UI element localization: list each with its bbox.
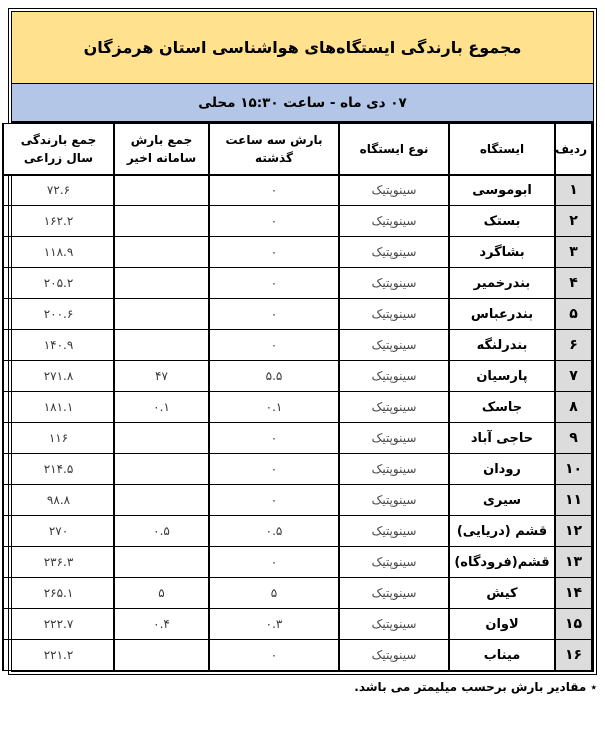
station-type-cell: سینوپتیک	[339, 547, 449, 578]
rain-3h-cell: ۰.۵	[209, 516, 339, 547]
rainfall-table: ردیف ایستگاه نوع ایستگاه بارش سه ساعت گذ…	[2, 123, 593, 671]
crop-year-total-cell: ۱۱۶	[3, 423, 114, 454]
row-number-cell: ۱۳	[555, 547, 592, 578]
table-row: ۱۰ رودان سینوپتیک ۰ ۲۱۴.۵	[3, 454, 592, 485]
crop-year-total-cell: ۲۰۰.۶	[3, 299, 114, 330]
station-name-cell: بندرخمیر	[449, 268, 555, 299]
units-footnote: ٭ مقادیر بارش برحسب میلیمتر می باشد.	[8, 680, 597, 694]
station-name-cell: ابوموسی	[449, 175, 555, 206]
crop-year-total-cell: ۱۴۰.۹	[3, 330, 114, 361]
row-number-cell: ۳	[555, 237, 592, 268]
rain-3h-cell: ۰	[209, 206, 339, 237]
column-header-station-type: نوع ایستگاه	[339, 124, 449, 175]
table-row: ۵ بندرعباس سینوپتیک ۰ ۲۰۰.۶	[3, 299, 592, 330]
row-number-cell: ۱۴	[555, 578, 592, 609]
station-type-cell: سینوپتیک	[339, 454, 449, 485]
crop-year-total-cell: ۲۰۵.۲	[3, 268, 114, 299]
table-row: ۲ بستک سینوپتیک ۰ ۱۶۲.۲	[3, 206, 592, 237]
column-header-row-number: ردیف	[555, 124, 592, 175]
row-number-cell: ۴	[555, 268, 592, 299]
station-type-cell: سینوپتیک	[339, 330, 449, 361]
crop-year-total-cell: ۱۸۱.۱	[3, 392, 114, 423]
rain-3h-cell: ۰	[209, 299, 339, 330]
table-header: ردیف ایستگاه نوع ایستگاه بارش سه ساعت گذ…	[3, 124, 592, 175]
crop-year-total-cell: ۹۸.۸	[3, 485, 114, 516]
rain-3h-cell: ۰	[209, 454, 339, 485]
table-row: ۷ پارسیان سینوپتیک ۵.۵ ۴۷ ۲۷۱.۸	[3, 361, 592, 392]
rain-3h-cell: ۰	[209, 547, 339, 578]
recent-system-total-cell	[114, 268, 209, 299]
row-number-cell: ۵	[555, 299, 592, 330]
row-number-cell: ۷	[555, 361, 592, 392]
crop-year-total-cell: ۷۲.۶	[3, 175, 114, 206]
station-type-cell: سینوپتیک	[339, 392, 449, 423]
row-number-cell: ۶	[555, 330, 592, 361]
station-name-cell: قشم (دریایی)	[449, 516, 555, 547]
recent-system-total-cell: ۵	[114, 578, 209, 609]
table-row: ۱ ابوموسی سینوپتیک ۰ ۷۲.۶	[3, 175, 592, 206]
rain-3h-cell: ۵.۵	[209, 361, 339, 392]
station-name-cell: لاوان	[449, 609, 555, 640]
table-row: ۴ بندرخمیر سینوپتیک ۰ ۲۰۵.۲	[3, 268, 592, 299]
station-name-cell: کیش	[449, 578, 555, 609]
crop-year-total-cell: ۱۱۸.۹	[3, 237, 114, 268]
table-row: ۳ بشاگرد سینوپتیک ۰ ۱۱۸.۹	[3, 237, 592, 268]
station-name-cell: پارسیان	[449, 361, 555, 392]
station-type-cell: سینوپتیک	[339, 640, 449, 671]
table-row: ۸ جاسک سینوپتیک ۰.۱ ۰.۱ ۱۸۱.۱	[3, 392, 592, 423]
recent-system-total-cell	[114, 330, 209, 361]
rain-3h-cell: ۰	[209, 268, 339, 299]
table-row: ۶ بندرلنگه سینوپتیک ۰ ۱۴۰.۹	[3, 330, 592, 361]
station-name-cell: بشاگرد	[449, 237, 555, 268]
column-header-rain-3h: بارش سه ساعت گذشته	[209, 124, 339, 175]
table-row: ۹ حاجی آباد سینوپتیک ۰ ۱۱۶	[3, 423, 592, 454]
report-title: مجموع بارندگی ایستگاه‌های هواشناسی استان…	[12, 12, 593, 84]
station-type-cell: سینوپتیک	[339, 175, 449, 206]
recent-system-total-cell	[114, 485, 209, 516]
table-row: ۱۲ قشم (دریایی) سینوپتیک ۰.۵ ۰.۵ ۲۷۰	[3, 516, 592, 547]
station-type-cell: سینوپتیک	[339, 609, 449, 640]
crop-year-total-cell: ۲۶۵.۱	[3, 578, 114, 609]
recent-system-total-cell	[114, 423, 209, 454]
recent-system-total-cell	[114, 237, 209, 268]
rainfall-report-sheet: مجموع بارندگی ایستگاه‌های هواشناسی استان…	[8, 8, 597, 694]
recent-system-total-cell: ۰.۴	[114, 609, 209, 640]
station-name-cell: بستک	[449, 206, 555, 237]
recent-system-total-cell: ۰.۱	[114, 392, 209, 423]
column-header-crop-year-total: جمع بارندگی سال زراعی	[3, 124, 114, 175]
crop-year-total-cell: ۲۷۱.۸	[3, 361, 114, 392]
rain-3h-cell: ۰	[209, 175, 339, 206]
row-number-cell: ۱۱	[555, 485, 592, 516]
crop-year-total-cell: ۲۳۶.۳	[3, 547, 114, 578]
station-name-cell: میناب	[449, 640, 555, 671]
crop-year-total-cell: ۲۷۰	[3, 516, 114, 547]
recent-system-total-cell	[114, 454, 209, 485]
rain-3h-cell: ۰.۳	[209, 609, 339, 640]
crop-year-total-cell: ۱۶۲.۲	[3, 206, 114, 237]
table-row: ۱۶ میناب سینوپتیک ۰ ۲۲۱.۲	[3, 640, 592, 671]
recent-system-total-cell: ۰.۵	[114, 516, 209, 547]
rain-3h-cell: ۰	[209, 640, 339, 671]
row-number-cell: ۱۲	[555, 516, 592, 547]
recent-system-total-cell	[114, 175, 209, 206]
report-datetime-subtitle: ۰۷ دی ماه - ساعت ۱۵:۳۰ محلی	[12, 84, 593, 123]
table-row: ۱۱ سیری سینوپتیک ۰ ۹۸.۸	[3, 485, 592, 516]
station-name-cell: قشم(فرودگاه)	[449, 547, 555, 578]
recent-system-total-cell	[114, 640, 209, 671]
crop-year-total-cell: ۲۲۱.۲	[3, 640, 114, 671]
row-number-cell: ۱۰	[555, 454, 592, 485]
station-name-cell: حاجی آباد	[449, 423, 555, 454]
row-number-cell: ۲	[555, 206, 592, 237]
station-type-cell: سینوپتیک	[339, 237, 449, 268]
station-type-cell: سینوپتیک	[339, 516, 449, 547]
table-body: ۱ ابوموسی سینوپتیک ۰ ۷۲.۶ ۲ بستک سینوپتی…	[3, 175, 592, 671]
row-number-cell: ۹	[555, 423, 592, 454]
row-number-cell: ۱	[555, 175, 592, 206]
table-row: ۱۵ لاوان سینوپتیک ۰.۳ ۰.۴ ۲۲۲.۷	[3, 609, 592, 640]
rain-3h-cell: ۰.۱	[209, 392, 339, 423]
crop-year-total-cell: ۲۲۲.۷	[3, 609, 114, 640]
rain-3h-cell: ۵	[209, 578, 339, 609]
station-name-cell: جاسک	[449, 392, 555, 423]
table-frame: مجموع بارندگی ایستگاه‌های هواشناسی استان…	[8, 8, 597, 675]
station-type-cell: سینوپتیک	[339, 268, 449, 299]
station-name-cell: بندرلنگه	[449, 330, 555, 361]
crop-year-total-cell: ۲۱۴.۵	[3, 454, 114, 485]
column-header-station: ایستگاه	[449, 124, 555, 175]
rain-3h-cell: ۰	[209, 485, 339, 516]
table-row: ۱۴ کیش سینوپتیک ۵ ۵ ۲۶۵.۱	[3, 578, 592, 609]
station-name-cell: بندرعباس	[449, 299, 555, 330]
station-type-cell: سینوپتیک	[339, 361, 449, 392]
recent-system-total-cell	[114, 299, 209, 330]
station-type-cell: سینوپتیک	[339, 423, 449, 454]
table-row: ۱۳ قشم(فرودگاه) سینوپتیک ۰ ۲۳۶.۳	[3, 547, 592, 578]
station-name-cell: رودان	[449, 454, 555, 485]
recent-system-total-cell	[114, 547, 209, 578]
rain-3h-cell: ۰	[209, 330, 339, 361]
station-type-cell: سینوپتیک	[339, 578, 449, 609]
station-type-cell: سینوپتیک	[339, 206, 449, 237]
recent-system-total-cell	[114, 206, 209, 237]
column-header-recent-system-total: جمع بارش سامانه اخیر	[114, 124, 209, 175]
row-number-cell: ۸	[555, 392, 592, 423]
rain-3h-cell: ۰	[209, 423, 339, 454]
row-number-cell: ۱۶	[555, 640, 592, 671]
station-name-cell: سیری	[449, 485, 555, 516]
recent-system-total-cell: ۴۷	[114, 361, 209, 392]
row-number-cell: ۱۵	[555, 609, 592, 640]
station-type-cell: سینوپتیک	[339, 299, 449, 330]
rain-3h-cell: ۰	[209, 237, 339, 268]
station-type-cell: سینوپتیک	[339, 485, 449, 516]
